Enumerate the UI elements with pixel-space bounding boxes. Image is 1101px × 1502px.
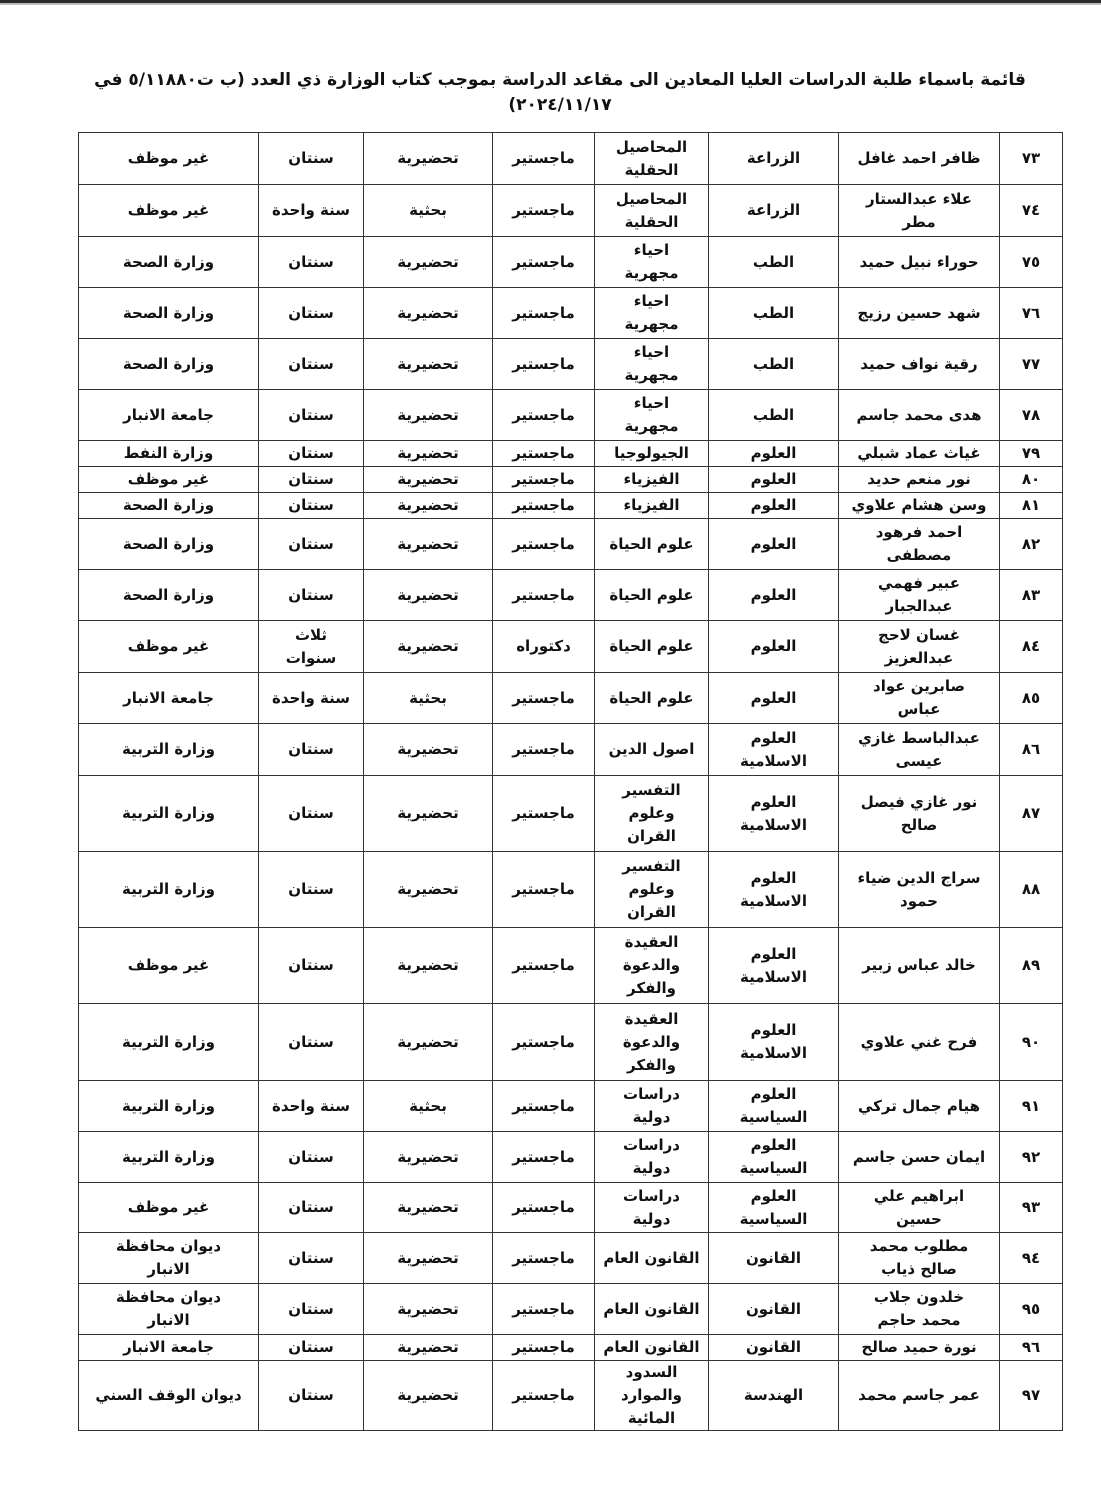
cell-college: الطب <box>709 288 839 339</box>
cell-specialization: التفسير وعلوم القران <box>595 852 709 928</box>
cell-degree: ماجستير <box>493 339 595 390</box>
cell-employer: وزارة التربية <box>79 852 259 928</box>
cell-employer: جامعة الانبار <box>79 390 259 441</box>
cell-employer: وزارة الصحة <box>79 493 259 519</box>
cell-number: ٩٠ <box>1000 1004 1063 1081</box>
cell-specialization: التفسير وعلوم القران <box>595 776 709 852</box>
cell-college: العلوم <box>709 467 839 493</box>
cell-study-type: تحضيرية <box>364 288 493 339</box>
cell-study-type: تحضيرية <box>364 1132 493 1183</box>
cell-specialization: علوم الحياة <box>595 519 709 570</box>
table-row: ٩١هيام جمال تركيالعلوم السياسيةدراسات دو… <box>79 1081 1063 1132</box>
table-row: ٨١وسن هشام علاويالعلومالفيزياءماجستيرتحض… <box>79 493 1063 519</box>
cell-name: حوراء نبيل حميد <box>839 237 1000 288</box>
cell-specialization: احياء مجهرية <box>595 288 709 339</box>
cell-specialization: العقيدة والدعوة والفكر <box>595 1004 709 1081</box>
cell-degree: ماجستير <box>493 1335 595 1361</box>
students-table-body: ٧٣ظافر احمد غافلالزراعةالمحاصيل الحقليةم… <box>79 133 1063 1431</box>
cell-specialization: المحاصيل الحقلية <box>595 185 709 237</box>
cell-employer: وزارة التربية <box>79 1081 259 1132</box>
cell-number: ٩٢ <box>1000 1132 1063 1183</box>
cell-number: ٨٦ <box>1000 724 1063 776</box>
cell-name: هدى محمد جاسم <box>839 390 1000 441</box>
cell-number: ٩١ <box>1000 1081 1063 1132</box>
cell-study-type: تحضيرية <box>364 519 493 570</box>
cell-specialization: اصول الدين <box>595 724 709 776</box>
cell-employer: ديوان محافظة الانبار <box>79 1233 259 1284</box>
cell-employer: وزارة الصحة <box>79 339 259 390</box>
cell-study-type: تحضيرية <box>364 1233 493 1284</box>
table-row: ٩٢ايمان حسن جاسمالعلوم السياسيةدراسات دو… <box>79 1132 1063 1183</box>
cell-employer: وزارة التربية <box>79 1132 259 1183</box>
cell-employer: غير موظف <box>79 928 259 1004</box>
cell-specialization: الجيولوجيا <box>595 441 709 467</box>
cell-employer: ديوان محافظة الانبار <box>79 1284 259 1335</box>
cell-number: ٨٩ <box>1000 928 1063 1004</box>
cell-employer: وزارة الصحة <box>79 570 259 621</box>
cell-name: فرح غني علاوي <box>839 1004 1000 1081</box>
cell-name: نور منعم حديد <box>839 467 1000 493</box>
cell-college: العلوم السياسية <box>709 1081 839 1132</box>
title-line-2: ٢٠٢٤/١١/١٧) <box>80 93 1040 118</box>
table-row: ٩٧عمر جاسم محمدالهندسةالسدود والموارد ال… <box>79 1361 1063 1431</box>
cell-name: ايمان حسن جاسم <box>839 1132 1000 1183</box>
cell-college: العلوم <box>709 673 839 724</box>
cell-number: ٨٢ <box>1000 519 1063 570</box>
cell-study-type: تحضيرية <box>364 1335 493 1361</box>
table-row: ٧٧رقية نواف حميدالطباحياء مجهريةماجستيرت… <box>79 339 1063 390</box>
cell-degree: ماجستير <box>493 1183 595 1233</box>
table-row: ٩٣ابراهيم علي حسينالعلوم السياسيةدراسات … <box>79 1183 1063 1233</box>
cell-duration: سنتان <box>259 288 364 339</box>
cell-degree: ماجستير <box>493 673 595 724</box>
cell-degree: ماجستير <box>493 852 595 928</box>
cell-study-type: بحثية <box>364 673 493 724</box>
cell-study-type: تحضيرية <box>364 1284 493 1335</box>
cell-degree: ماجستير <box>493 133 595 185</box>
cell-duration: سنتان <box>259 776 364 852</box>
cell-number: ٩٤ <box>1000 1233 1063 1284</box>
cell-college: القانون <box>709 1284 839 1335</box>
cell-specialization: المحاصيل الحقلية <box>595 133 709 185</box>
table-row: ٨٩خالد عباس زبيرالعلوم الاسلاميةالعقيدة … <box>79 928 1063 1004</box>
table-row: ٧٤علاء عبدالستار مطرالزراعةالمحاصيل الحق… <box>79 185 1063 237</box>
cell-study-type: تحضيرية <box>364 441 493 467</box>
cell-college: العلوم <box>709 621 839 673</box>
cell-employer: وزارة التربية <box>79 724 259 776</box>
cell-degree: ماجستير <box>493 467 595 493</box>
cell-degree: ماجستير <box>493 724 595 776</box>
cell-study-type: تحضيرية <box>364 928 493 1004</box>
document-title: قائمة باسماء طلبة الدراسات العليا المعاد… <box>80 68 1040 118</box>
table-row: ٨٥صابرين عواد عباسالعلومعلوم الحياةماجست… <box>79 673 1063 724</box>
cell-specialization: احياء مجهرية <box>595 339 709 390</box>
cell-employer: غير موظف <box>79 467 259 493</box>
table-row: ٨٠نور منعم حديدالعلومالفيزياءماجستيرتحضي… <box>79 467 1063 493</box>
cell-name: ظافر احمد غافل <box>839 133 1000 185</box>
cell-college: العلوم الاسلامية <box>709 852 839 928</box>
cell-duration: سنتان <box>259 724 364 776</box>
cell-specialization: علوم الحياة <box>595 673 709 724</box>
cell-name: شهد حسين رزيج <box>839 288 1000 339</box>
cell-name: صابرين عواد عباس <box>839 673 1000 724</box>
cell-number: ٨٥ <box>1000 673 1063 724</box>
table-row: ٨٦عبدالباسط غازي عيسىالعلوم الاسلاميةاصو… <box>79 724 1063 776</box>
cell-college: القانون <box>709 1233 839 1284</box>
cell-name: عبدالباسط غازي عيسى <box>839 724 1000 776</box>
cell-degree: ماجستير <box>493 441 595 467</box>
students-table: ٧٣ظافر احمد غافلالزراعةالمحاصيل الحقليةم… <box>78 132 1063 1431</box>
cell-college: العلوم الاسلامية <box>709 724 839 776</box>
cell-duration: سنتان <box>259 467 364 493</box>
cell-duration: ثلاث سنوات <box>259 621 364 673</box>
cell-employer: وزارة الصحة <box>79 237 259 288</box>
cell-name: عمر جاسم محمد <box>839 1361 1000 1431</box>
cell-employer: غير موظف <box>79 185 259 237</box>
cell-study-type: تحضيرية <box>364 570 493 621</box>
cell-name: مطلوب محمد صالح ذياب <box>839 1233 1000 1284</box>
cell-degree: ماجستير <box>493 237 595 288</box>
cell-college: القانون <box>709 1335 839 1361</box>
cell-employer: ديوان الوقف السني <box>79 1361 259 1431</box>
cell-study-type: تحضيرية <box>364 1361 493 1431</box>
cell-college: الزراعة <box>709 185 839 237</box>
table-row: ٧٩غياث عماد شبليالعلومالجيولوجياماجستيرت… <box>79 441 1063 467</box>
cell-specialization: دراسات دولية <box>595 1132 709 1183</box>
cell-employer: غير موظف <box>79 1183 259 1233</box>
cell-college: الزراعة <box>709 133 839 185</box>
table-row: ٩٥خلدون جلاب محمد حاجمالقانونالقانون الع… <box>79 1284 1063 1335</box>
cell-number: ٨٣ <box>1000 570 1063 621</box>
cell-name: سراج الدين ضياء حمود <box>839 852 1000 928</box>
cell-college: الطب <box>709 390 839 441</box>
cell-employer: وزارة النفط <box>79 441 259 467</box>
cell-number: ٨٨ <box>1000 852 1063 928</box>
title-line-1: قائمة باسماء طلبة الدراسات العليا المعاد… <box>80 68 1040 93</box>
cell-study-type: تحضيرية <box>364 852 493 928</box>
cell-study-type: تحضيرية <box>364 776 493 852</box>
table-row: ٩٤مطلوب محمد صالح ذيابالقانونالقانون الع… <box>79 1233 1063 1284</box>
table-row: ٧٨هدى محمد جاسمالطباحياء مجهريةماجستيرتح… <box>79 390 1063 441</box>
cell-duration: سنتان <box>259 928 364 1004</box>
cell-specialization: احياء مجهرية <box>595 237 709 288</box>
cell-number: ٧٩ <box>1000 441 1063 467</box>
cell-specialization: الفيزياء <box>595 493 709 519</box>
cell-name: خلدون جلاب محمد حاجم <box>839 1284 1000 1335</box>
cell-degree: ماجستير <box>493 570 595 621</box>
cell-name: ابراهيم علي حسين <box>839 1183 1000 1233</box>
cell-number: ٨٠ <box>1000 467 1063 493</box>
cell-specialization: السدود والموارد المائية <box>595 1361 709 1431</box>
cell-specialization: العقيدة والدعوة والفكر <box>595 928 709 1004</box>
cell-name: غسان لاحج عبدالعزيز <box>839 621 1000 673</box>
cell-degree: ماجستير <box>493 185 595 237</box>
cell-degree: ماجستير <box>493 928 595 1004</box>
cell-college: العلوم الاسلامية <box>709 776 839 852</box>
cell-study-type: تحضيرية <box>364 724 493 776</box>
cell-name: خالد عباس زبير <box>839 928 1000 1004</box>
table-row: ٨٢احمد فرهود مصطفىالعلومعلوم الحياةماجست… <box>79 519 1063 570</box>
cell-study-type: تحضيرية <box>364 237 493 288</box>
cell-college: العلوم الاسلامية <box>709 928 839 1004</box>
table-row: ٨٣عبير فهمي عبدالجبارالعلومعلوم الحياةما… <box>79 570 1063 621</box>
cell-degree: ماجستير <box>493 493 595 519</box>
table-row: ٧٥حوراء نبيل حميدالطباحياء مجهريةماجستير… <box>79 237 1063 288</box>
cell-study-type: تحضيرية <box>364 493 493 519</box>
cell-duration: سنتان <box>259 519 364 570</box>
cell-college: العلوم <box>709 570 839 621</box>
cell-number: ٧٨ <box>1000 390 1063 441</box>
cell-employer: وزارة الصحة <box>79 519 259 570</box>
cell-specialization: القانون العام <box>595 1284 709 1335</box>
cell-study-type: تحضيرية <box>364 1183 493 1233</box>
cell-degree: ماجستير <box>493 390 595 441</box>
cell-duration: سنتان <box>259 1233 364 1284</box>
cell-duration: سنة واحدة <box>259 185 364 237</box>
table-row: ٨٧نور غازي فيصل صالحالعلوم الاسلاميةالتف… <box>79 776 1063 852</box>
cell-specialization: القانون العام <box>595 1233 709 1284</box>
cell-employer: جامعة الانبار <box>79 673 259 724</box>
cell-name: عبير فهمي عبدالجبار <box>839 570 1000 621</box>
cell-study-type: بحثية <box>364 1081 493 1132</box>
cell-duration: سنتان <box>259 339 364 390</box>
cell-number: ٧٧ <box>1000 339 1063 390</box>
cell-number: ٨١ <box>1000 493 1063 519</box>
cell-degree: ماجستير <box>493 1132 595 1183</box>
cell-number: ٩٦ <box>1000 1335 1063 1361</box>
cell-number: ٧٦ <box>1000 288 1063 339</box>
cell-specialization: دراسات دولية <box>595 1081 709 1132</box>
cell-number: ٧٤ <box>1000 185 1063 237</box>
cell-college: العلوم <box>709 441 839 467</box>
cell-degree: دكتوراه <box>493 621 595 673</box>
cell-specialization: الفيزياء <box>595 467 709 493</box>
cell-duration: سنتان <box>259 1183 364 1233</box>
cell-degree: ماجستير <box>493 1284 595 1335</box>
cell-name: نور غازي فيصل صالح <box>839 776 1000 852</box>
cell-college: الطب <box>709 237 839 288</box>
cell-employer: غير موظف <box>79 133 259 185</box>
cell-name: علاء عبدالستار مطر <box>839 185 1000 237</box>
cell-college: العلوم السياسية <box>709 1183 839 1233</box>
cell-duration: سنتان <box>259 1004 364 1081</box>
cell-duration: سنتان <box>259 1335 364 1361</box>
cell-study-type: تحضيرية <box>364 467 493 493</box>
cell-specialization: القانون العام <box>595 1335 709 1361</box>
cell-study-type: تحضيرية <box>364 339 493 390</box>
table-row: ٨٨سراج الدين ضياء حمودالعلوم الاسلاميةال… <box>79 852 1063 928</box>
cell-degree: ماجستير <box>493 1233 595 1284</box>
cell-degree: ماجستير <box>493 776 595 852</box>
cell-number: ٨٤ <box>1000 621 1063 673</box>
cell-name: وسن هشام علاوي <box>839 493 1000 519</box>
cell-college: العلوم <box>709 519 839 570</box>
cell-name: غياث عماد شبلي <box>839 441 1000 467</box>
cell-duration: سنتان <box>259 1361 364 1431</box>
cell-college: الطب <box>709 339 839 390</box>
cell-employer: جامعة الانبار <box>79 1335 259 1361</box>
cell-duration: سنتان <box>259 133 364 185</box>
cell-name: احمد فرهود مصطفى <box>839 519 1000 570</box>
cell-duration: سنتان <box>259 441 364 467</box>
cell-number: ٨٧ <box>1000 776 1063 852</box>
cell-duration: سنتان <box>259 390 364 441</box>
cell-college: العلوم <box>709 493 839 519</box>
table-row: ٧٦شهد حسين رزيجالطباحياء مجهريةماجستيرتح… <box>79 288 1063 339</box>
cell-study-type: تحضيرية <box>364 621 493 673</box>
cell-duration: سنة واحدة <box>259 1081 364 1132</box>
cell-specialization: احياء مجهرية <box>595 390 709 441</box>
cell-duration: سنتان <box>259 852 364 928</box>
cell-specialization: علوم الحياة <box>595 570 709 621</box>
cell-duration: سنتان <box>259 1132 364 1183</box>
cell-duration: سنتان <box>259 1284 364 1335</box>
table-row: ٧٣ظافر احمد غافلالزراعةالمحاصيل الحقليةم… <box>79 133 1063 185</box>
cell-employer: وزارة التربية <box>79 776 259 852</box>
cell-number: ٧٥ <box>1000 237 1063 288</box>
cell-name: نورة حميد صالح <box>839 1335 1000 1361</box>
table-row: ٩٦نورة حميد صالحالقانونالقانون العامماجس… <box>79 1335 1063 1361</box>
top-edge-shadow <box>0 3 1101 5</box>
cell-name: هيام جمال تركي <box>839 1081 1000 1132</box>
table-row: ٨٤غسان لاحج عبدالعزيزالعلومعلوم الحياةدك… <box>79 621 1063 673</box>
cell-number: ٧٣ <box>1000 133 1063 185</box>
cell-duration: سنتان <box>259 237 364 288</box>
cell-study-type: تحضيرية <box>364 390 493 441</box>
cell-study-type: تحضيرية <box>364 1004 493 1081</box>
cell-employer: وزارة الصحة <box>79 288 259 339</box>
cell-degree: ماجستير <box>493 1004 595 1081</box>
cell-study-type: بحثية <box>364 185 493 237</box>
cell-duration: سنتان <box>259 570 364 621</box>
cell-specialization: دراسات دولية <box>595 1183 709 1233</box>
cell-degree: ماجستير <box>493 1081 595 1132</box>
cell-degree: ماجستير <box>493 1361 595 1431</box>
cell-number: ٩٥ <box>1000 1284 1063 1335</box>
cell-degree: ماجستير <box>493 288 595 339</box>
cell-degree: ماجستير <box>493 519 595 570</box>
cell-college: الهندسة <box>709 1361 839 1431</box>
cell-number: ٩٧ <box>1000 1361 1063 1431</box>
cell-duration: سنتان <box>259 493 364 519</box>
cell-number: ٩٣ <box>1000 1183 1063 1233</box>
cell-study-type: تحضيرية <box>364 133 493 185</box>
table-row: ٩٠فرح غني علاويالعلوم الاسلاميةالعقيدة و… <box>79 1004 1063 1081</box>
cell-college: العلوم الاسلامية <box>709 1004 839 1081</box>
cell-specialization: علوم الحياة <box>595 621 709 673</box>
cell-employer: وزارة التربية <box>79 1004 259 1081</box>
cell-college: العلوم السياسية <box>709 1132 839 1183</box>
cell-employer: غير موظف <box>79 621 259 673</box>
cell-duration: سنة واحدة <box>259 673 364 724</box>
cell-name: رقية نواف حميد <box>839 339 1000 390</box>
